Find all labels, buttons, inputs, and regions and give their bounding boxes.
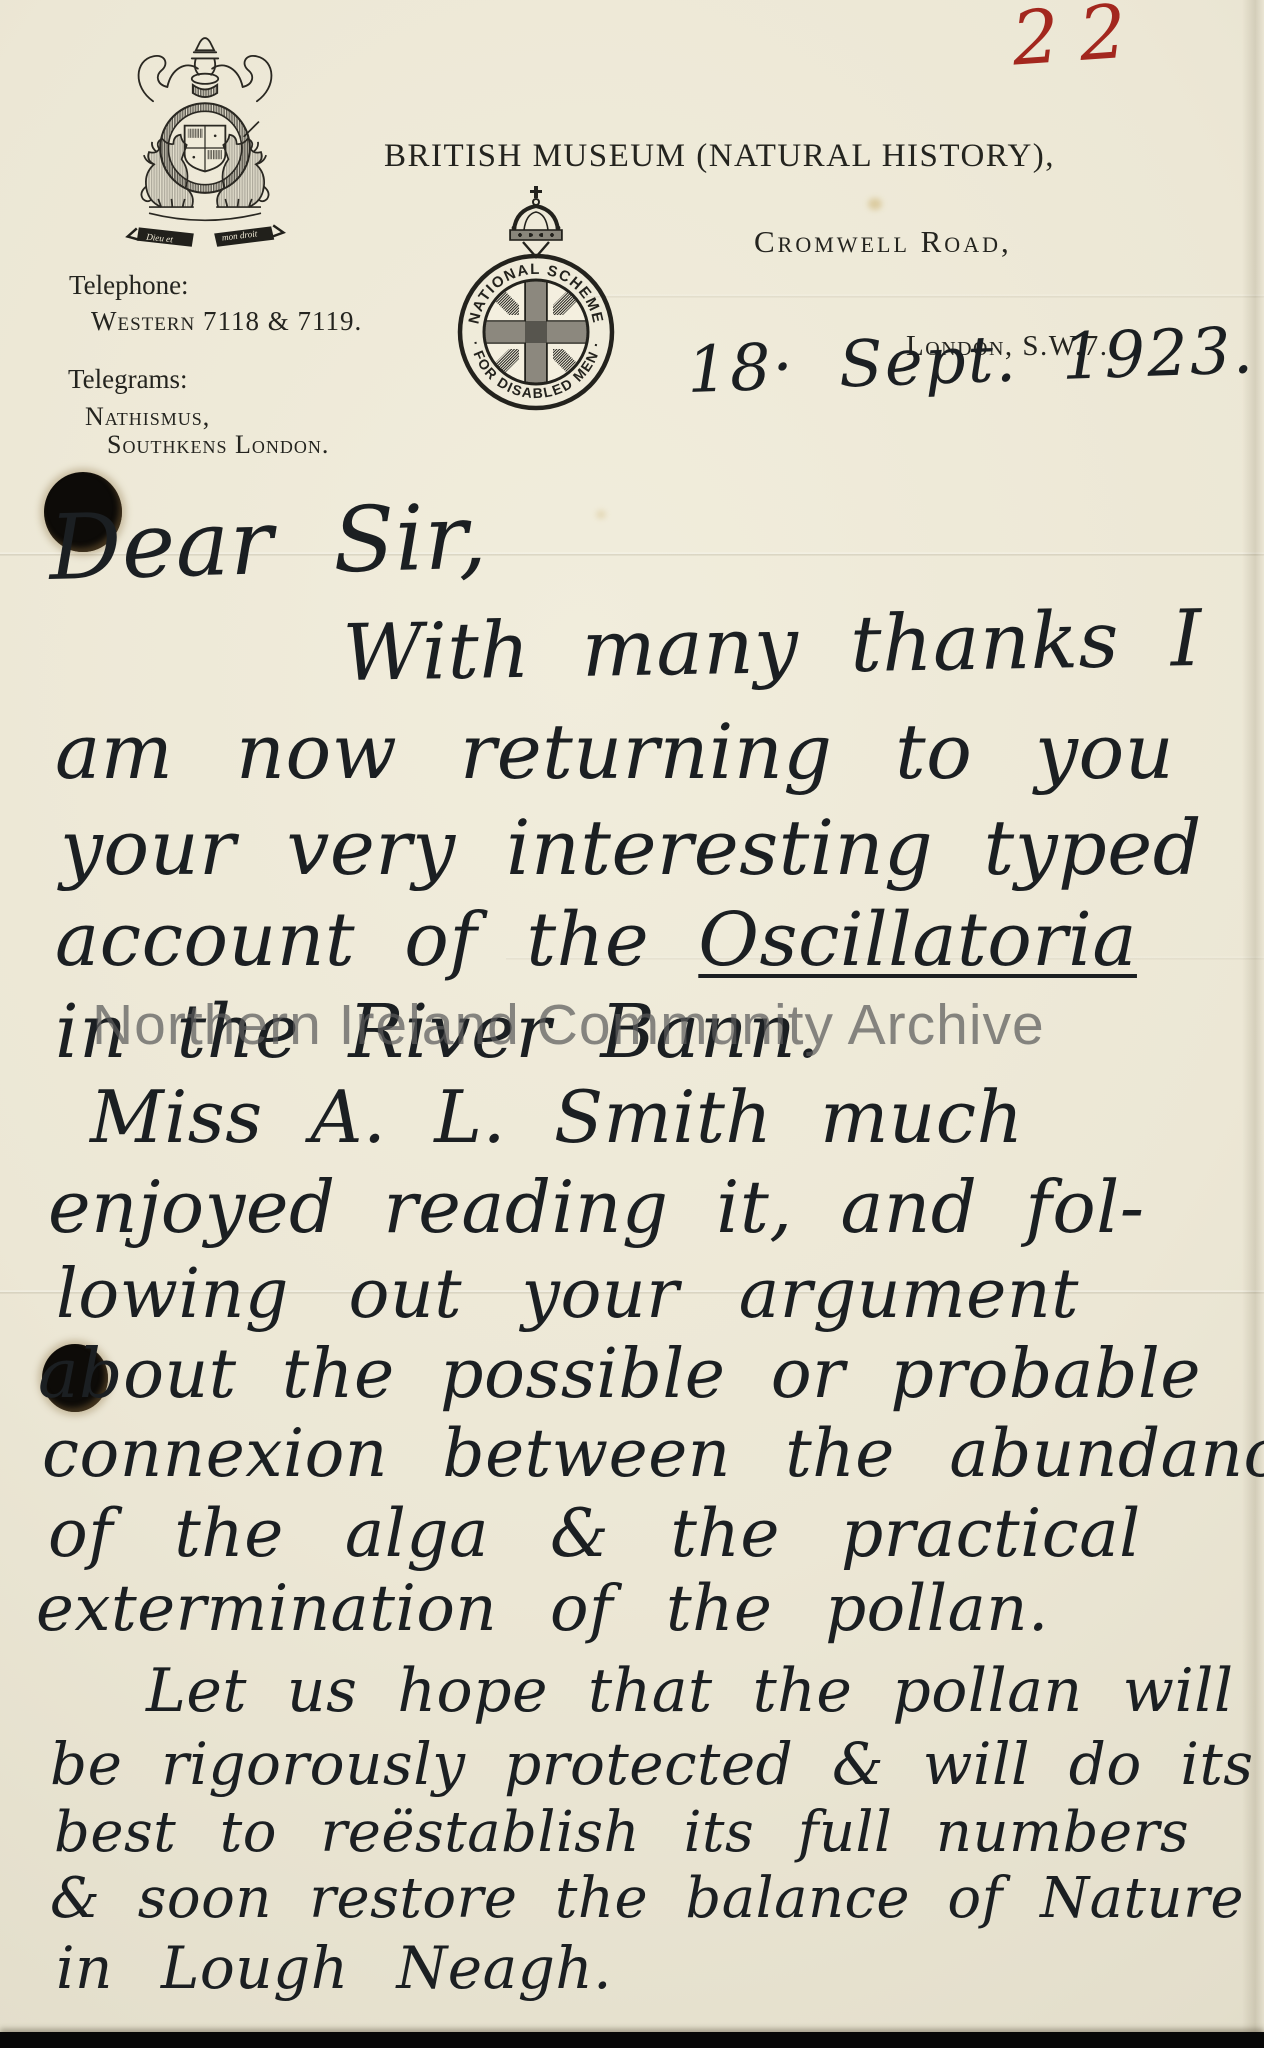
handwritten-line: am now returning to you	[55, 712, 1174, 791]
handwritten-line: With many thanks I	[342, 599, 1203, 695]
handwritten-line: best to reëstablish its full numbers	[54, 1804, 1189, 1862]
letterhead-address-street: Cromwell Road,	[754, 224, 1012, 260]
watermark-overlay: Northern Ireland Community Archive	[92, 992, 1045, 1058]
handwritten-line: lowing out your argument	[56, 1260, 1079, 1331]
handwritten-line: be rigorously protected & will do its	[50, 1734, 1254, 1794]
crest-shield	[185, 126, 226, 172]
handwritten-line: about the possible or probable	[38, 1340, 1201, 1411]
scan-edge-bar	[0, 2032, 1264, 2048]
disabled-men-badge: NATIONAL SCHEME · FOR DISABLED MEN ·	[451, 182, 621, 422]
letter-date: 18· Sept. 1923.	[686, 318, 1256, 404]
handwritten-line: Miss A. L. Smith much	[90, 1080, 1023, 1155]
handwritten-line: your very interesting typed	[60, 808, 1202, 887]
paper-crease	[581, 294, 1264, 298]
salutation: Dear Sir,	[48, 491, 488, 596]
telephone-number: Western 7118 & 7119.	[91, 306, 362, 337]
royal-coat-of-arms-icon: Dieu et mon droit	[108, 34, 302, 260]
telegrams-location: Southkens London.	[107, 430, 329, 460]
letterhead-institution: BRITISH MUSEUM (NATURAL HISTORY),	[384, 138, 1055, 175]
oscillatoria-underlined: Oscillatoria	[698, 897, 1137, 983]
stain-spot	[596, 510, 606, 519]
telegrams-label: Telegrams:	[68, 364, 188, 395]
handwritten-line: extermination of the pollan.	[36, 1576, 1049, 1643]
handwritten-line: & soon restore the balance of Nature	[50, 1870, 1244, 1928]
stain-spot	[868, 198, 882, 210]
telephone-label: Telephone:	[69, 270, 189, 301]
telegrams-name: Nathismus,	[85, 402, 210, 432]
scanned-letter-page: 22	[0, 0, 1264, 2048]
handwritten-line: of the alga & the practical	[48, 1500, 1141, 1569]
lion-supporter	[141, 135, 193, 207]
crest-motto-left: Dieu et	[145, 232, 174, 245]
handwritten-line: enjoyed reading it, and fol-	[48, 1170, 1145, 1245]
handwritten-line: account of the Oscillatoria	[55, 902, 1137, 979]
crest-mantling	[139, 38, 272, 101]
folio-number: 22	[1009, 0, 1149, 83]
badge-crown-icon	[510, 186, 562, 257]
handwritten-line: in Lough Neagh.	[56, 1938, 612, 1998]
handwritten-line: Let us hope that the pollan will	[146, 1660, 1234, 1722]
motto-ribbon: Dieu et mon droit	[128, 225, 284, 246]
handwritten-line: connexion between the abundance	[42, 1420, 1264, 1489]
